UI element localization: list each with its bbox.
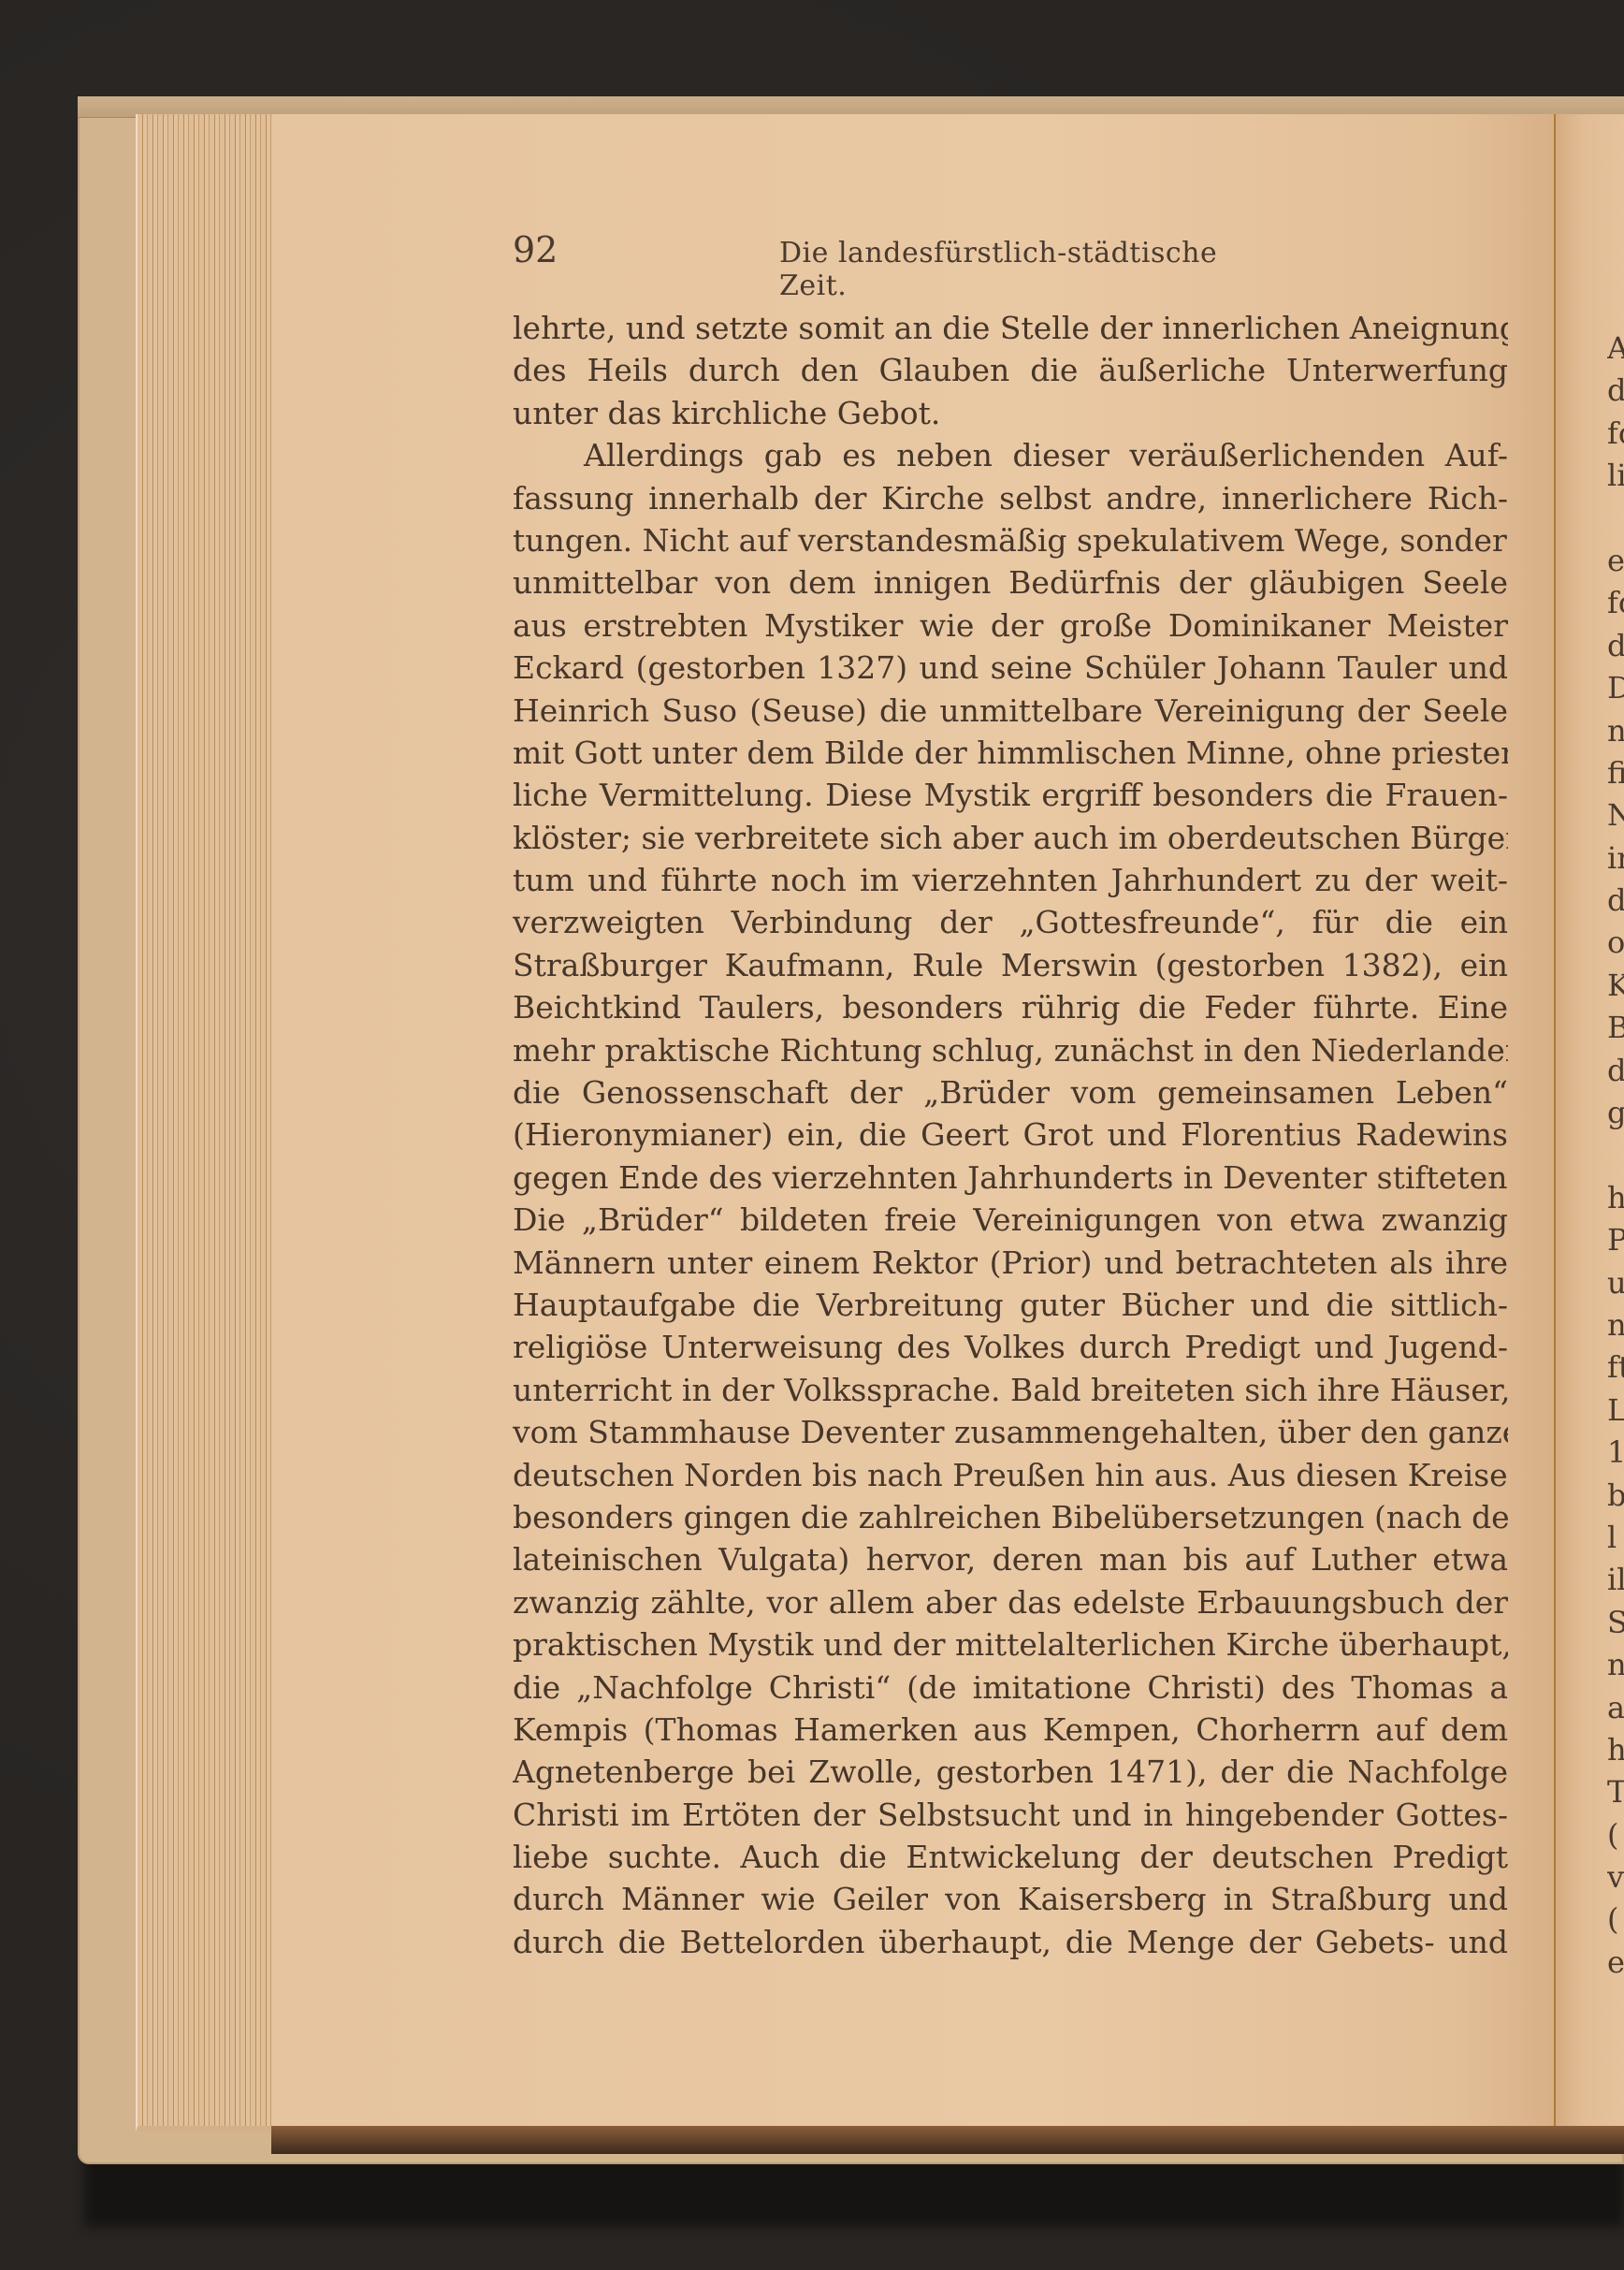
right-page-fragment: ( (1607, 1814, 1624, 1856)
right-page-fragment: S (1607, 1602, 1624, 1644)
text-line: unterricht in der Volkssprache. Bald bre… (513, 1369, 1508, 1411)
text-line: Heinrich Suso (Seuse) die unmittelbare V… (513, 690, 1508, 732)
right-page-fragment: D (1607, 667, 1624, 709)
right-page-fragment: h (1607, 1729, 1624, 1771)
right-page-fragment: e (1607, 540, 1624, 582)
text-line: Eckard (gestorben 1327) und seine Schüle… (513, 647, 1508, 689)
text-line: fassung innerhalb der Kirche selbst andr… (513, 477, 1508, 519)
right-page-fragment: d (1607, 1050, 1624, 1092)
text-line: aus erstrebten Mystiker wie der große Do… (513, 604, 1508, 647)
gutter-crease (1554, 114, 1556, 2126)
text-line: Kempis (Thomas Hamerken aus Kempen, Chor… (513, 1709, 1508, 1751)
right-page-fragment: N (1607, 794, 1624, 837)
right-page-fragment: n (1607, 1304, 1624, 1346)
right-page-fragment: v (1607, 1856, 1624, 1899)
right-page-fragment: fo (1607, 413, 1624, 455)
right-page-fragment: L (1607, 1390, 1624, 1432)
right-page-fragment: n (1607, 1644, 1624, 1686)
right-page-fragment: fo (1607, 582, 1624, 624)
text-line: Hauptaufgabe die Verbreitung guter Büche… (513, 1284, 1508, 1326)
text-line: Männern unter einem Rektor (Prior) und b… (513, 1242, 1508, 1284)
text-line: durch Männer wie Geiler von Kaisersberg … (513, 1878, 1508, 1920)
text-line: Allerdings gab es neben dieser veräußerl… (513, 434, 1508, 476)
text-line: Straßburger Kaufmann, Rule Merswin (gest… (513, 944, 1508, 986)
text-line: lehrte, und setzte somit an die Stelle d… (513, 307, 1508, 349)
right-page-fragment: in (1607, 837, 1624, 880)
right-page-fragment: P (1607, 1219, 1624, 1261)
right-page-fragment: d (1607, 370, 1624, 412)
right-page-fragment: il (1607, 1559, 1624, 1601)
text-line: gegen Ende des vierzehnten Jahrhunderts … (513, 1157, 1508, 1199)
text-line: durch die Bettelorden überhaupt, die Men… (513, 1921, 1508, 1963)
right-page-fragment: l (1607, 1517, 1624, 1559)
body-text: lehrte, und setzte somit an die Stelle d… (513, 307, 1508, 1963)
text-line: religiöse Unterweisung des Volkes durch … (513, 1326, 1508, 1368)
right-page-fragment: e (1607, 1942, 1624, 1984)
text-line: lateinischen Vulgata) hervor, deren man … (513, 1538, 1508, 1580)
text-line: Christi im Ertöten der Selbstsucht und i… (513, 1794, 1508, 1836)
text-line: des Heils durch den Glauben die äußerlic… (513, 349, 1508, 391)
text-line: vom Stammhause Deventer zusammengehalten… (513, 1411, 1508, 1453)
text-line: tungen. Nicht auf verstandesmäßig spekul… (513, 519, 1508, 561)
right-page-fragment: A (1607, 327, 1624, 370)
right-page-fragment: g (1607, 1092, 1624, 1134)
text-line: unter das kirchliche Gebot. (513, 392, 1508, 434)
right-page-fragment: ( (1607, 1899, 1624, 1941)
right-page-fragment: fi (1607, 752, 1624, 794)
right-page-fragment: d (1607, 880, 1624, 922)
right-page-fragment (1607, 498, 1624, 540)
text-line: liebe suchte. Auch die Entwickelung der … (513, 1836, 1508, 1878)
text-line: (Hieronymianer) ein, die Geert Grot und … (513, 1113, 1508, 1156)
right-page-fragment: K (1607, 965, 1624, 1007)
right-page-fragment: li (1607, 455, 1624, 497)
text-line: klöster; sie verbreitete sich aber auch … (513, 817, 1508, 859)
right-page-fragment: T (1607, 1771, 1624, 1813)
text-line: deutschen Norden bis nach Preußen hin au… (513, 1454, 1508, 1496)
text-line: die Genossenschaft der „Brüder vom gemei… (513, 1071, 1508, 1113)
text-line: zwanzig zählte, vor allem aber das edels… (513, 1581, 1508, 1623)
text-line: Beichtkind Taulers, besonders rührig die… (513, 986, 1508, 1028)
right-page-fragment: u (1607, 1262, 1624, 1304)
running-head-title: Die landesfürstlich-städtische Zeit. (779, 237, 1280, 302)
text-line: Die „Brüder“ bildeten freie Vereinigunge… (513, 1199, 1508, 1241)
running-head: 92 Die landesfürstlich-städtische Zeit. (513, 229, 1280, 276)
text-line: praktischen Mystik und der mittelalterli… (513, 1623, 1508, 1666)
right-page-fragment: h (1607, 1177, 1624, 1219)
text-line: die „Nachfolge Christi“ (de imitatione C… (513, 1666, 1508, 1709)
text-line: liche Vermittelung. Diese Mystik ergriff… (513, 774, 1508, 816)
text-line: mit Gott unter dem Bilde der himmlischen… (513, 732, 1508, 774)
right-page-fragment: ft (1607, 1346, 1624, 1389)
right-page-fragment: a (1607, 1687, 1624, 1729)
page-stack-edge (136, 114, 278, 2132)
right-page-text-fragments: AdfoliefodDnfiNindoKBdghPunftL1blilSnahT… (1607, 327, 1624, 1984)
right-page-fragment: n (1607, 710, 1624, 752)
right-page-fragment: b (1607, 1475, 1624, 1517)
text-line: Agnetenberge bei Zwolle, gestorben 1471)… (513, 1751, 1508, 1793)
page-bottom-shadow (271, 2126, 1624, 2154)
text-line: unmittelbar von dem innigen Bedürfnis de… (513, 561, 1508, 604)
right-page-fragment: d (1607, 625, 1624, 667)
right-page-fragment: o (1607, 922, 1624, 964)
text-line: verzweigten Verbindung der „Gottesfreund… (513, 901, 1508, 943)
right-page-fragment: B (1607, 1007, 1624, 1049)
text-line: mehr praktische Richtung schlug, zunächs… (513, 1029, 1508, 1071)
right-page-fragment: 1 (1607, 1432, 1624, 1474)
text-line: besonders gingen die zahlreichen Bibelüb… (513, 1496, 1508, 1538)
right-page-fragment (1607, 1134, 1624, 1176)
page-number: 92 (513, 229, 558, 270)
text-line: tum und führte noch im vierzehnten Jahrh… (513, 859, 1508, 901)
